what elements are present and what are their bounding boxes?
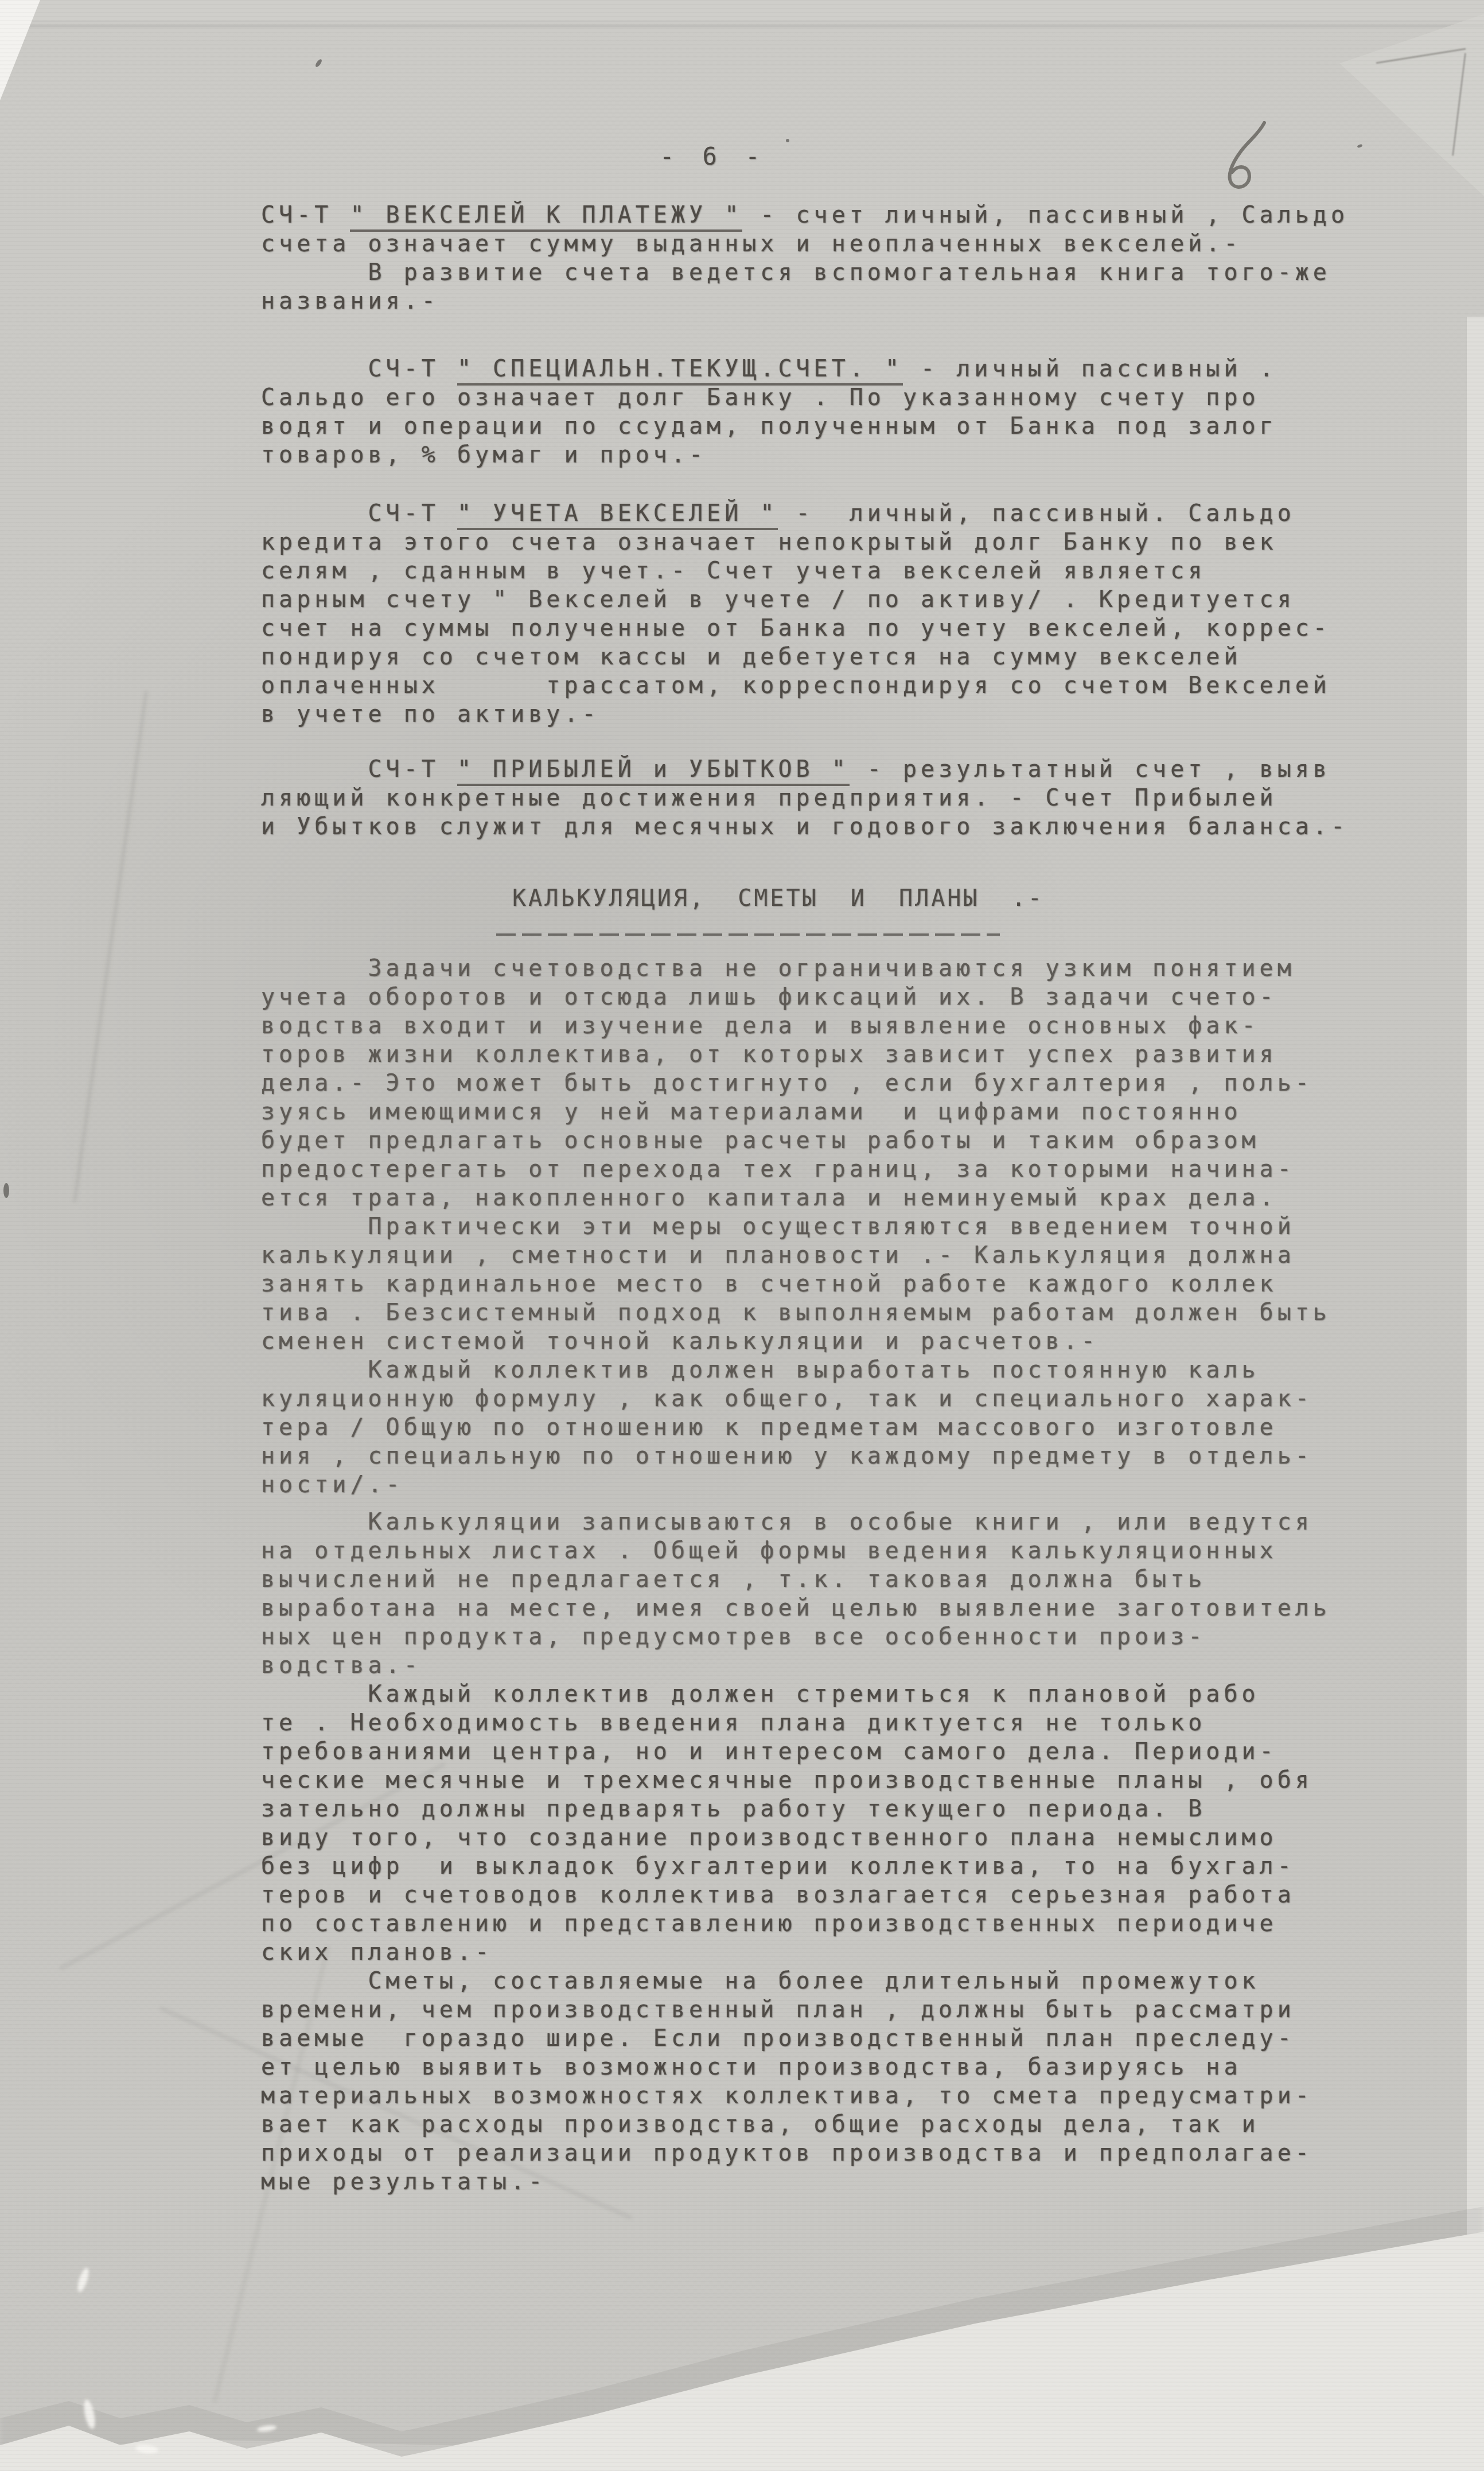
text-line: счета означает сумму выданных и неоплаче… <box>261 229 1349 258</box>
text-line: товаров, % бумаг и проч.- <box>261 441 1277 469</box>
account-description: - личный пассивный . <box>903 356 1277 382</box>
text-line: ских планов.- <box>261 1938 1313 1967</box>
text-line: селям , сданным в учет.- Счет учета векс… <box>261 557 1331 585</box>
paragraph-smety: Сметы, составляемые на более длительный … <box>261 1967 1313 2196</box>
text-line: в учете по активу.- <box>261 700 1331 729</box>
text-line: тера / Общую по отношению к предметам ма… <box>261 1413 1331 1442</box>
text-line: учета оборотов и отсюда лишь фиксаций их… <box>261 983 1331 1011</box>
account-prefix: СЧ-Т <box>261 356 457 382</box>
text-line: СЧ-Т " СПЕЦИАЛЬН.ТЕКУЩ.СЧЕТ. " - личный … <box>261 355 1277 383</box>
text-line: счет на суммы полученные от Банка по уче… <box>261 614 1331 643</box>
page-number: - 6 - <box>660 142 766 170</box>
text-line: водят и операции по ссудам, полученным о… <box>261 412 1277 441</box>
account-name-underlined: " УЧЕТА ВЕКСЕЛЕЙ " <box>457 500 778 530</box>
text-line: водства входит и изучение дела и выявлен… <box>261 1011 1331 1040</box>
text-line: СЧ-Т " ПРИБЫЛЕЙ и УБЫТКОВ " - результатн… <box>261 755 1349 784</box>
account-description: - личный, пассивный. Сальдо <box>778 500 1295 527</box>
account-name-underlined: " ВЕКСЕЛЕЙ К ПЛАТЕЖУ " <box>350 202 742 232</box>
text-line: занять кардинальное место в счетной рабо… <box>261 1270 1331 1298</box>
account-description: - счет личный, пассивный , Сальдо <box>742 202 1349 228</box>
text-line: ческие месячные и трехмесячные производс… <box>261 1766 1313 1795</box>
paragraph-account-veksel-k-platezhu: СЧ-Т " ВЕКСЕЛЕЙ К ПЛАТЕЖУ " - счет личны… <box>261 201 1349 316</box>
text-line: теров и счетоводов коллектива возлагаетс… <box>261 1881 1313 1909</box>
text-line: зуясь имеющимися у ней материалами и циф… <box>261 1098 1331 1126</box>
paper-speck <box>3 1183 9 1198</box>
paragraph-account-spetsialn-tekusch-schet: СЧ-Т " СПЕЦИАЛЬН.ТЕКУЩ.СЧЕТ. " - личный … <box>261 355 1277 469</box>
text-line: Калькуляции записываются в особые книги … <box>261 1508 1331 1536</box>
text-line: ния , специальную по отношению у каждому… <box>261 1442 1331 1470</box>
text-line: В развитие счета ведется вспомогательная… <box>261 258 1349 287</box>
text-line: кредита этого счета означает непокрытый … <box>261 528 1331 557</box>
paper-speck <box>1357 144 1362 149</box>
paragraph-account-ucheta-vekselei: СЧ-Т " УЧЕТА ВЕКСЕЛЕЙ " - личный, пассив… <box>261 499 1331 729</box>
handwritten-mark-stroke <box>1230 123 1264 187</box>
paper-fold-corner <box>1337 10 1484 200</box>
text-line: Задачи счетоводства не ограничиваются уз… <box>261 954 1331 983</box>
text-line: ваемые гораздо шире. Если производственн… <box>261 2024 1313 2053</box>
paragraph-planovaya-rabota: Каждый коллектив должен стремиться к пла… <box>261 1680 1313 1967</box>
backing-sheet-edge <box>1466 317 1484 2471</box>
account-description: - результатный счет , выяв <box>850 756 1331 783</box>
handwritten-mark <box>1215 119 1275 192</box>
text-line: дела.- Это может быть достигнуто , если … <box>261 1069 1331 1098</box>
text-line: будет предлагать основные расчеты работы… <box>261 1126 1331 1155</box>
text-line: вает как расходы производства, общие рас… <box>261 2110 1313 2139</box>
text-line: требованиями центра, но и интересом само… <box>261 1737 1313 1766</box>
paper-top-edge <box>0 0 1484 22</box>
text-line: материальных возможностях коллектива, то… <box>261 2081 1313 2110</box>
account-name-underlined: " СПЕЦИАЛЬН.ТЕКУЩ.СЧЕТ. " <box>457 356 903 386</box>
text-line: парным счету " Векселей в учете / по акт… <box>261 585 1331 614</box>
text-line: Каждый коллектив должен выработать посто… <box>261 1356 1331 1384</box>
text-line: торов жизни коллектива, от которых завис… <box>261 1040 1331 1069</box>
text-line: ности/.- <box>261 1470 1331 1499</box>
text-line: предостерегать от перехода тех границ, з… <box>261 1155 1331 1184</box>
text-line: вычислений не предлагается , т.к. такова… <box>261 1565 1331 1594</box>
account-prefix: СЧ-Т <box>261 202 350 228</box>
paragraph-zadachi-schetovodstva: Задачи счетоводства не ограничиваются уз… <box>261 954 1331 1499</box>
text-line: ных цен продукта, предусмотрев все особе… <box>261 1622 1331 1651</box>
text-line: тива . Безсистемный подход к выполняемым… <box>261 1298 1331 1327</box>
text-line: приходы от реализации продуктов производ… <box>261 2139 1313 2168</box>
paper-crumple-highlight <box>76 2267 91 2293</box>
text-line: куляционную формулу , как общего, так и … <box>261 1384 1331 1413</box>
paper-speck <box>786 139 789 142</box>
text-line: на отдельных листах . Общей формы ведени… <box>261 1536 1331 1565</box>
paper-crease <box>0 25 1484 27</box>
scanned-document-page: - 6 - СЧ-Т " ВЕКСЕЛЕЙ К ПЛАТЕЖУ " - счет… <box>0 0 1484 2471</box>
text-line: ляющий конкретные достижения предприятия… <box>261 784 1349 812</box>
text-line: пондируя со счетом кассы и дебетуется на… <box>261 643 1331 671</box>
text-line: сменен системой точной калькуляции и рас… <box>261 1327 1331 1356</box>
text-line: и Убытков служит для месячных и годового… <box>261 812 1349 841</box>
text-line: Сметы, составляемые на более длительный … <box>261 1967 1313 1995</box>
text-line: Каждый коллектив должен стремиться к пла… <box>261 1680 1313 1709</box>
paper-corner-tear <box>0 0 40 100</box>
text-line: Сальдо его означает долг Банку . По указ… <box>261 383 1277 412</box>
text-line: ет целью выявить возможности производств… <box>261 2053 1313 2081</box>
text-line: СЧ-Т " ВЕКСЕЛЕЙ К ПЛАТЕЖУ " - счет личны… <box>261 201 1349 229</box>
text-line: СЧ-Т " УЧЕТА ВЕКСЕЛЕЙ " - личный, пассив… <box>261 499 1331 528</box>
text-line: оплаченных трассатом, корреспондируя со … <box>261 671 1331 700</box>
text-line: без цифр и выкладок бухгалтерии коллекти… <box>261 1852 1313 1881</box>
text-line: зательно должны предварять работу текуще… <box>261 1795 1313 1823</box>
section-heading-underline <box>496 933 1000 936</box>
text-line: Практически эти меры осуществляются введ… <box>261 1212 1331 1241</box>
account-prefix: СЧ-Т <box>261 500 457 527</box>
paper-crease <box>73 691 147 1203</box>
account-name-underlined: " ПРИБЫЛЕЙ и УБЫТКОВ " <box>457 756 850 786</box>
text-line: выработана на месте, имея своей целью вы… <box>261 1594 1331 1622</box>
paragraph-account-pribylei-i-ubytkov: СЧ-Т " ПРИБЫЛЕЙ и УБЫТКОВ " - результатн… <box>261 755 1349 841</box>
account-prefix: СЧ-Т <box>261 756 457 783</box>
text-line: названия.- <box>261 287 1349 316</box>
paper-speck <box>314 58 323 68</box>
text-line: мые результаты.- <box>261 2168 1313 2196</box>
text-line: водства.- <box>261 1651 1331 1680</box>
text-line: виду того, что создание производственног… <box>261 1823 1313 1852</box>
text-line: калькуляции , сметности и плановости .- … <box>261 1241 1331 1270</box>
paragraph-kalkulyatsii-zapisyvayutsya: Калькуляции записываются в особые книги … <box>261 1508 1331 1680</box>
text-line: те . Необходимость введения плана диктуе… <box>261 1709 1313 1737</box>
text-line: времени, чем производственный план , дол… <box>261 1995 1313 2024</box>
section-heading: КАЛЬКУЛЯЦИЯ, СМЕТЫ И ПЛАНЫ .- <box>512 885 1044 912</box>
text-line: ется трата, накопленного капитала и неми… <box>261 1184 1331 1212</box>
text-line: по составлению и представлению производс… <box>261 1909 1313 1938</box>
